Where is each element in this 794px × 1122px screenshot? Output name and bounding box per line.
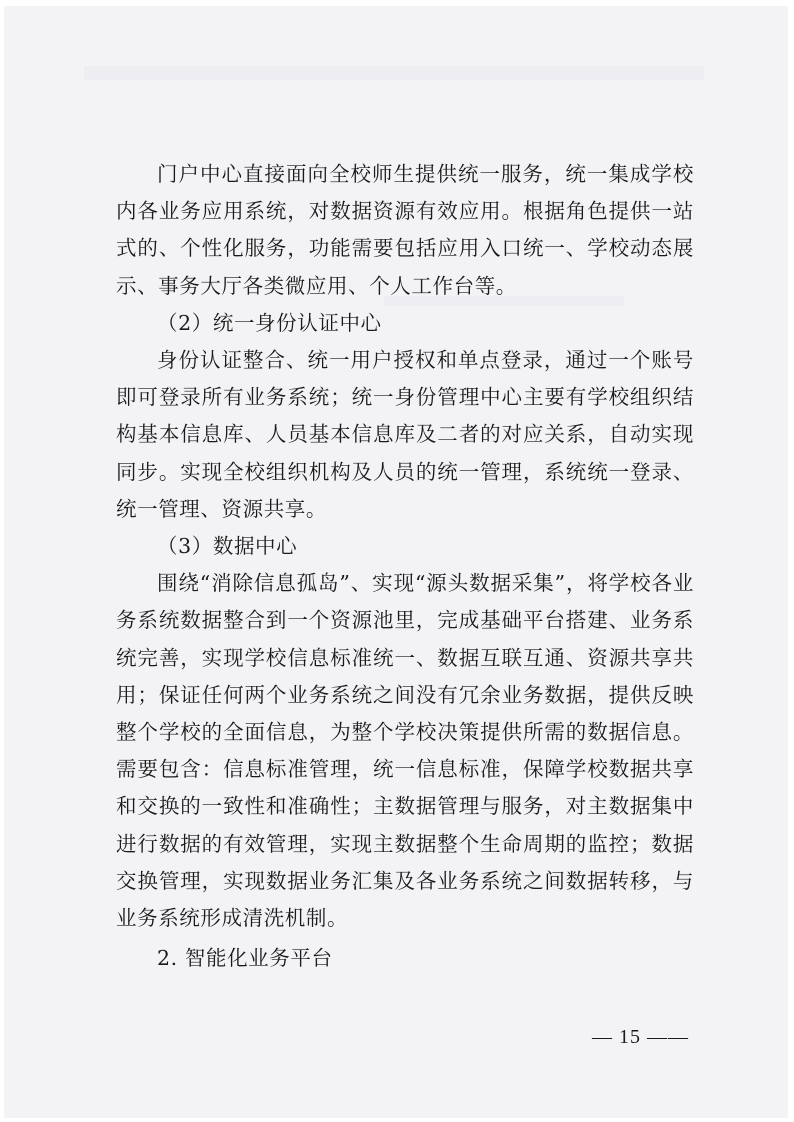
paragraph-data-center: 围绕“消除信息孤岛”、实现“源头数据采集”，将学校各业务系统数据整合到一个资源池…: [116, 565, 694, 937]
heading-data-center: （3）数据中心: [116, 528, 694, 565]
document-page: 门户中心直接面向全校师生提供统一服务，统一集成学校内各业务应用系统，对数据资源有…: [4, 6, 788, 1118]
heading-identity-auth-center: （2）统一身份认证中心: [116, 305, 694, 342]
show-through-mark: [84, 66, 704, 80]
heading-smart-business-platform: 2. 智能化业务平台: [116, 940, 694, 977]
paragraph-identity-auth: 身份认证整合、统一用户授权和单点登录，通过一个账号即可登录所有业务系统；统一身份…: [116, 342, 694, 528]
paragraph-portal-center: 门户中心直接面向全校师生提供统一服务，统一集成学校内各业务应用系统，对数据资源有…: [116, 156, 694, 305]
document-body: 门户中心直接面向全校师生提供统一服务，统一集成学校内各业务应用系统，对数据资源有…: [116, 156, 694, 977]
page-number: — 15 ——: [592, 1026, 689, 1049]
